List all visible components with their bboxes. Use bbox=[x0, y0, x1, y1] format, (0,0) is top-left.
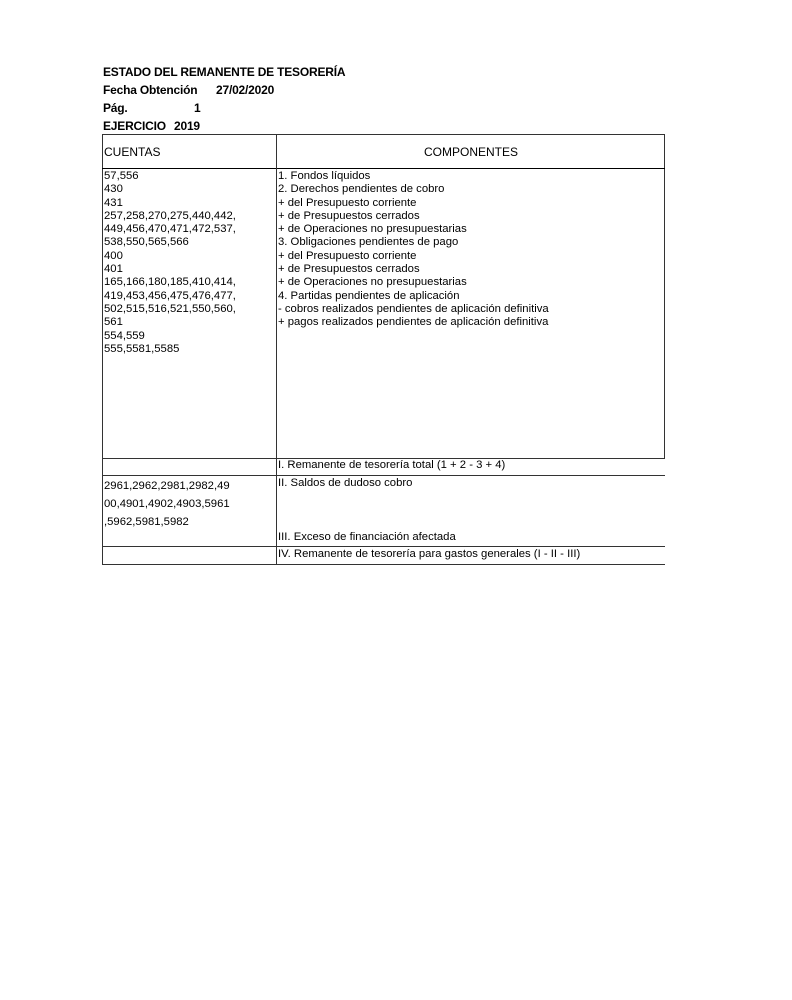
componente-line: + de Operaciones no presupuestarias bbox=[278, 276, 549, 289]
componente-line: - cobros realizados pendientes de aplica… bbox=[278, 303, 549, 316]
componente-line: 2. Derechos pendientes de cobro bbox=[278, 183, 549, 196]
header-divider bbox=[102, 168, 665, 169]
row-divider-2 bbox=[102, 546, 665, 547]
remanente-gastos-generales-label: IV. Remanente de tesorería para gastos g… bbox=[278, 548, 580, 561]
ejercicio-value: 2019 bbox=[174, 119, 200, 133]
report-title: ESTADO DEL REMANENTE DE TESORERÍA bbox=[103, 65, 345, 79]
cuenta-line: 430 bbox=[104, 183, 236, 196]
componente-line: + de Presupuestos cerrados bbox=[278, 263, 549, 276]
componente-line: + del Presupuesto corriente bbox=[278, 197, 549, 210]
cuenta-line: 400 bbox=[104, 250, 236, 263]
cuenta-line: 431 bbox=[104, 197, 236, 210]
cuenta-line: 57,556 bbox=[104, 170, 236, 183]
cuentas-list: 57,556430431257,258,270,275,440,442,449,… bbox=[104, 170, 236, 356]
cuenta-line: 555,5581,5585 bbox=[104, 343, 236, 356]
cuenta-line: 419,453,456,475,476,477, bbox=[104, 290, 236, 303]
componente-line: + del Presupuesto corriente bbox=[278, 250, 549, 263]
row-divider-1 bbox=[102, 475, 665, 476]
cuenta-line: ,5962,5981,5982 bbox=[104, 513, 230, 531]
cuenta-line: 2961,2962,2981,2982,49 bbox=[104, 477, 230, 495]
cuenta-line: 561 bbox=[104, 316, 236, 329]
cuenta-line: 401 bbox=[104, 263, 236, 276]
fecha-value: 27/02/2020 bbox=[216, 83, 274, 97]
componente-line: + pagos realizados pendientes de aplicac… bbox=[278, 316, 549, 329]
remanente-total-label: I. Remanente de tesorería total (1 + 2 -… bbox=[278, 459, 505, 472]
componente-line: 3. Obligaciones pendientes de pago bbox=[278, 236, 549, 249]
cuenta-line: 00,4901,4902,4903,5961 bbox=[104, 495, 230, 513]
cuenta-line: 257,258,270,275,440,442, bbox=[104, 210, 236, 223]
dudoso-cobro-cuentas: 2961,2962,2981,2982,4900,4901,4902,4903,… bbox=[104, 477, 230, 531]
column-header-cuentas: CUENTAS bbox=[104, 145, 160, 159]
exceso-financiacion-label: III. Exceso de financiación afectada bbox=[278, 531, 456, 544]
cuenta-line: 538,550,565,566 bbox=[104, 236, 236, 249]
cuenta-line: 502,515,516,521,550,560, bbox=[104, 303, 236, 316]
column-header-componentes: COMPONENTES bbox=[277, 145, 665, 159]
row-divider-3 bbox=[102, 564, 665, 565]
fecha-label: Fecha Obtención bbox=[103, 83, 197, 97]
cuenta-line: 165,166,180,185,410,414, bbox=[104, 276, 236, 289]
cuenta-line: 449,456,470,471,472,537, bbox=[104, 223, 236, 236]
componente-line: 1. Fondos líquidos bbox=[278, 170, 549, 183]
ejercicio-label: EJERCICIO bbox=[103, 119, 166, 133]
cuenta-line: 554,559 bbox=[104, 330, 236, 343]
componente-line: + de Presupuestos cerrados bbox=[278, 210, 549, 223]
saldos-dudoso-cobro-label: II. Saldos de dudoso cobro bbox=[278, 477, 412, 490]
componentes-list: 1. Fondos líquidos2. Derechos pendientes… bbox=[278, 170, 549, 330]
column-divider bbox=[276, 134, 277, 565]
componente-line: 4. Partidas pendientes de aplicación bbox=[278, 290, 549, 303]
pag-value: 1 bbox=[194, 101, 200, 115]
pag-label: Pág. bbox=[103, 101, 128, 115]
componente-line: + de Operaciones no presupuestarias bbox=[278, 223, 549, 236]
